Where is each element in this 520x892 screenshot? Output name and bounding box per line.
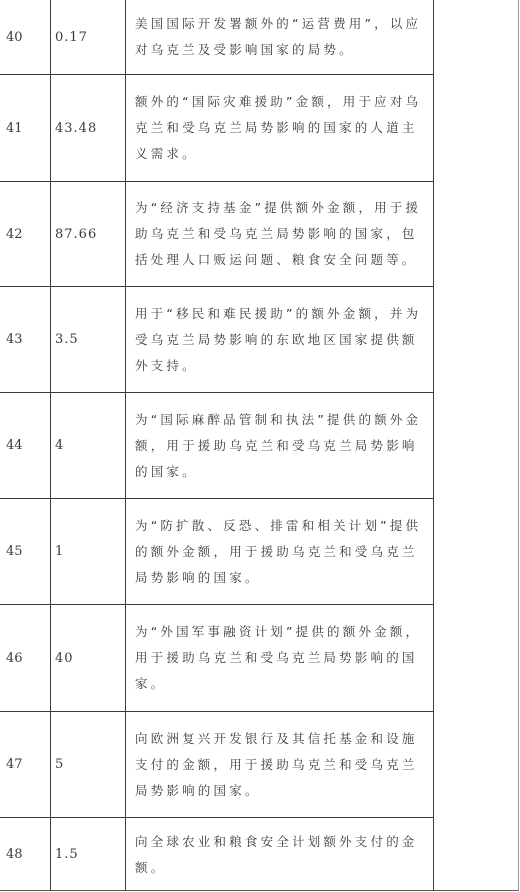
row-description: 额外的“国际灾难援助”金额，用于应对乌克兰和受乌克兰局势影响的国家的人道主义需求… — [126, 75, 434, 181]
row-description: 向全球农业和粮食安全计划额外支付的金额。 — [126, 818, 434, 891]
row-amount: 5 — [51, 712, 126, 817]
row-description: 为“外国军事融资计划”提供的额外金额，用于援助乌克兰和受乌克兰局势影响的国家。 — [126, 605, 434, 711]
row-number: 43 — [0, 287, 51, 392]
description-text: 为“外国军事融资计划”提供的额外金额，用于援助乌克兰和受乌克兰局势影响的国家。 — [135, 619, 427, 697]
row-description: 美国国际开发署额外的“运营费用”，以应对乌克兰及受影响国家的局势。 — [126, 0, 434, 74]
row-amount: 40 — [51, 605, 126, 711]
table-row: 45 1 为“防扩散、反恐、排雷和相关计划”提供的额外金额，用于援助乌克兰和受乌… — [0, 499, 434, 605]
row-amount: 0.17 — [51, 0, 126, 74]
row-description: 为“防扩散、反恐、排雷和相关计划”提供的额外金额，用于援助乌克兰和受乌克兰局势影… — [126, 499, 434, 604]
notes-column-merged-cell — [434, 0, 519, 891]
table-row: 42 87.66 为“经济支持基金”提供额外金额，用于援助乌克兰和受乌克兰局势影… — [0, 182, 434, 287]
row-number: 40 — [0, 0, 51, 74]
description-text: 美国国际开发署额外的“运营费用”，以应对乌克兰及受影响国家的局势。 — [135, 11, 427, 63]
row-description: 为“经济支持基金”提供额外金额，用于援助乌克兰和受乌克兰局势影响的国家，包括处理… — [126, 182, 434, 286]
table-row: 41 43.48 额外的“国际灾难援助”金额，用于应对乌克兰和受乌克兰局势影响的… — [0, 75, 434, 182]
row-amount: 1.5 — [51, 818, 126, 891]
row-amount: 3.5 — [51, 287, 126, 392]
row-amount: 1 — [51, 499, 126, 604]
row-number: 47 — [0, 712, 51, 817]
row-number: 48 — [0, 818, 51, 891]
row-description: 向欧洲复兴开发银行及其信托基金和设施支付的金额，用于援助乌克兰和受乌克兰局势影响… — [126, 712, 434, 817]
description-text: 为“防扩散、反恐、排雷和相关计划”提供的额外金额，用于援助乌克兰和受乌克兰局势影… — [135, 513, 427, 591]
row-number: 45 — [0, 499, 51, 604]
row-number: 46 — [0, 605, 51, 711]
row-number: 42 — [0, 182, 51, 286]
row-description: 为“国际麻醉品管制和执法”提供的额外金额，用于援助乌克兰和受乌克兰局势影响的国家… — [126, 393, 434, 498]
table-row: 40 0.17 美国国际开发署额外的“运营费用”，以应对乌克兰及受影响国家的局势… — [0, 0, 434, 75]
description-text: 向全球农业和粮食安全计划额外支付的金额。 — [135, 829, 427, 881]
appropriations-table: 40 0.17 美国国际开发署额外的“运营费用”，以应对乌克兰及受影响国家的局势… — [0, 0, 519, 891]
description-text: 额外的“国际灾难援助”金额，用于应对乌克兰和受乌克兰局势影响的国家的人道主义需求… — [135, 89, 427, 167]
row-description: 用于“移民和难民援助”的额外金额，并为受乌克兰局势影响的东欧地区国家提供额外支持… — [126, 287, 434, 392]
table-row: 44 4 为“国际麻醉品管制和执法”提供的额外金额，用于援助乌克兰和受乌克兰局势… — [0, 393, 434, 499]
row-number: 44 — [0, 393, 51, 498]
row-number: 41 — [0, 75, 51, 181]
table-row: 48 1.5 向全球农业和粮食安全计划额外支付的金额。 — [0, 818, 434, 891]
description-text: 为“经济支持基金”提供额外金额，用于援助乌克兰和受乌克兰局势影响的国家，包括处理… — [135, 195, 427, 273]
table-row: 46 40 为“外国军事融资计划”提供的额外金额，用于援助乌克兰和受乌克兰局势影… — [0, 605, 434, 712]
table-row: 47 5 向欧洲复兴开发银行及其信托基金和设施支付的金额，用于援助乌克兰和受乌克… — [0, 712, 434, 818]
description-text: 为“国际麻醉品管制和执法”提供的额外金额，用于援助乌克兰和受乌克兰局势影响的国家… — [135, 407, 427, 485]
table-row: 43 3.5 用于“移民和难民援助”的额外金额，并为受乌克兰局势影响的东欧地区国… — [0, 287, 434, 393]
row-amount: 43.48 — [51, 75, 126, 181]
description-text: 用于“移民和难民援助”的额外金额，并为受乌克兰局势影响的东欧地区国家提供额外支持… — [135, 301, 427, 379]
row-amount: 4 — [51, 393, 126, 498]
row-amount: 87.66 — [51, 182, 126, 286]
description-text: 向欧洲复兴开发银行及其信托基金和设施支付的金额，用于援助乌克兰和受乌克兰局势影响… — [135, 726, 427, 804]
